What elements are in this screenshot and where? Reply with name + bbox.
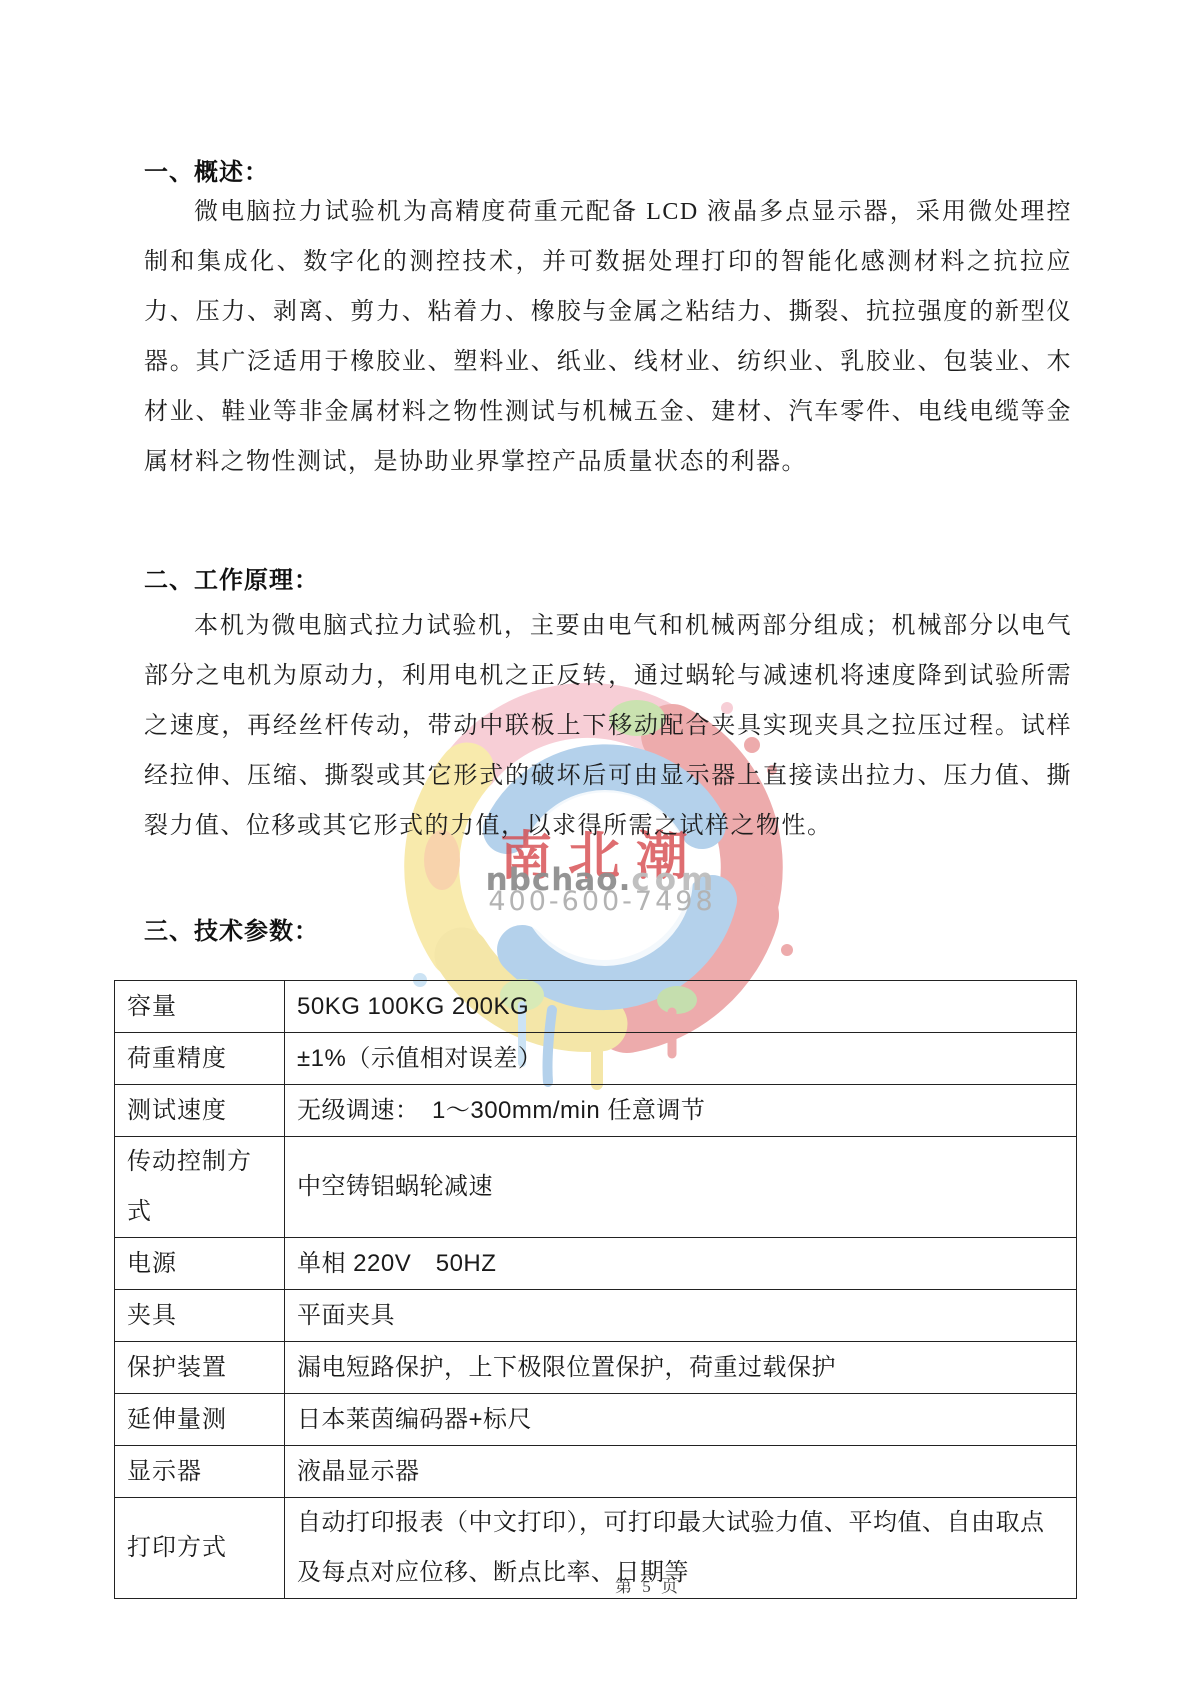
table-row: 保护装置漏电短路保护，上下极限位置保护，荷重过载保护	[115, 1342, 1077, 1394]
spec-label: 打印方式	[115, 1498, 285, 1599]
spec-table-body: 容量50KG 100KG 200KG荷重精度±1%（示值相对误差）测试速度无级调…	[115, 981, 1077, 1599]
spec-label: 电源	[115, 1238, 285, 1290]
table-row: 传动控制方式中空铸铝蜗轮减速	[115, 1137, 1077, 1238]
spec-label: 夹具	[115, 1290, 285, 1342]
spec-label: 荷重精度	[115, 1033, 285, 1085]
table-row: 电源单相 220V 50HZ	[115, 1238, 1077, 1290]
spec-label: 保护装置	[115, 1342, 285, 1394]
spec-value: 液晶显示器	[285, 1446, 1077, 1498]
section-parameters-heading: 三、技术参数：	[144, 917, 319, 947]
table-row: 荷重精度±1%（示值相对误差）	[115, 1033, 1077, 1085]
document-content: 一、概述： 微电脑拉力试验机为高精度荷重元配备 LCD 液晶多点显示器，采用微处…	[0, 0, 1200, 1697]
table-row: 延伸量测日本莱茵编码器+标尺	[115, 1394, 1077, 1446]
spec-label: 延伸量测	[115, 1394, 285, 1446]
spec-label: 传动控制方式	[115, 1137, 285, 1238]
table-row: 测试速度无级调速： 1～300mm/min 任意调节	[115, 1085, 1077, 1137]
section-principle-paragraph: 本机为微电脑式拉力试验机，主要由电气和机械两部分组成；机械部分以电气部分之电机为…	[144, 601, 1072, 851]
spec-label: 显示器	[115, 1446, 285, 1498]
section-overview-paragraph: 微电脑拉力试验机为高精度荷重元配备 LCD 液晶多点显示器，采用微处理控制和集成…	[144, 187, 1072, 487]
spec-table: 容量50KG 100KG 200KG荷重精度±1%（示值相对误差）测试速度无级调…	[114, 980, 1077, 1599]
page-number: 第 5 页	[448, 1572, 848, 1597]
spec-value: 漏电短路保护，上下极限位置保护，荷重过载保护	[285, 1342, 1077, 1394]
document-page: 南北潮 nbchao.com 400-600-7498 一、概述： 微电脑拉力试…	[0, 0, 1200, 1697]
spec-value: 平面夹具	[285, 1290, 1077, 1342]
spec-value: 50KG 100KG 200KG	[285, 981, 1077, 1033]
section-principle-heading: 二、工作原理：	[144, 566, 319, 596]
table-row: 夹具平面夹具	[115, 1290, 1077, 1342]
spec-value: ±1%（示值相对误差）	[285, 1033, 1077, 1085]
table-row: 容量50KG 100KG 200KG	[115, 981, 1077, 1033]
spec-value: 单相 220V 50HZ	[285, 1238, 1077, 1290]
spec-value: 日本莱茵编码器+标尺	[285, 1394, 1077, 1446]
spec-value: 中空铸铝蜗轮减速	[285, 1137, 1077, 1238]
spec-value: 无级调速： 1～300mm/min 任意调节	[285, 1085, 1077, 1137]
section-overview-heading: 一、概述：	[144, 158, 269, 188]
table-row: 显示器液晶显示器	[115, 1446, 1077, 1498]
spec-label: 测试速度	[115, 1085, 285, 1137]
spec-label: 容量	[115, 981, 285, 1033]
